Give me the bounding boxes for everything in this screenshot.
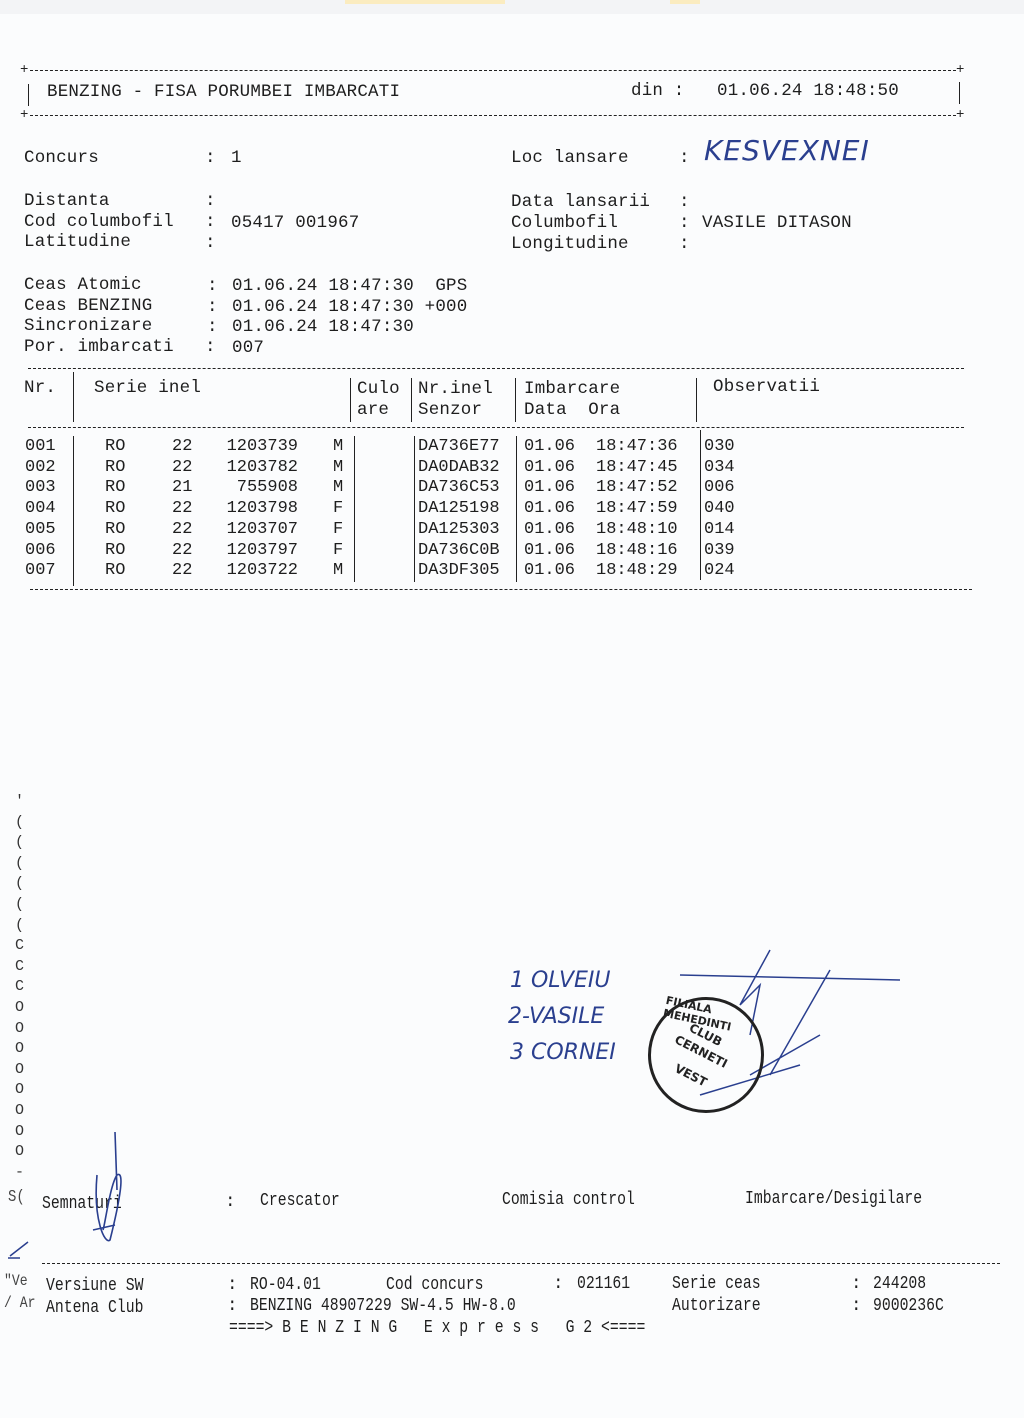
separator: : bbox=[205, 212, 216, 233]
stamp-line: VEST bbox=[672, 1061, 709, 1089]
margin-mark: ( bbox=[15, 875, 24, 892]
scan-top-edge bbox=[0, 0, 1024, 14]
margin-mark: ( bbox=[15, 855, 24, 872]
cell-serie: 1203707 bbox=[210, 520, 298, 541]
cod-columbofil-value: 05417 001967 bbox=[231, 213, 359, 234]
box-corner: + bbox=[20, 108, 28, 122]
separator: : bbox=[553, 1274, 564, 1295]
ceas-benzing-value: 01.06.24 18:47:30 +000 bbox=[232, 297, 467, 318]
margin-mark: C bbox=[15, 958, 24, 975]
margin-mark: ( bbox=[15, 834, 24, 851]
table-top-border bbox=[28, 368, 964, 369]
sincronizare-value: 01.06.24 18:47:30 bbox=[232, 317, 414, 338]
benzing-express-banner: ====> B E N Z I N G E x p r e s s G 2 <=… bbox=[229, 1318, 645, 1338]
distanta-label: Distanta bbox=[24, 191, 110, 212]
cell-nr: 006 bbox=[25, 541, 56, 562]
cell-nr: 002 bbox=[25, 458, 56, 479]
separator: : bbox=[227, 1296, 238, 1317]
handwritten-note: 2-VASILE bbox=[508, 1004, 604, 1029]
cell-tara: RO bbox=[105, 499, 125, 520]
cell-senzor: DA125303 bbox=[418, 520, 500, 541]
header-top-border bbox=[30, 70, 956, 71]
imbarcare-desigilare-label: Imbarcare/Desigilare bbox=[745, 1189, 922, 1209]
cell-observatii: 030 bbox=[704, 437, 735, 458]
cell-senzor: DA125198 bbox=[418, 499, 500, 520]
margin-mark: C bbox=[15, 978, 24, 995]
serie-ceas-label: Serie ceas bbox=[672, 1274, 761, 1294]
separator: : bbox=[227, 1275, 238, 1296]
ceas-atomic-label: Ceas Atomic bbox=[24, 275, 142, 296]
cell-ora: 18:48:16 bbox=[596, 541, 678, 562]
data-lansarii-label: Data lansarii bbox=[511, 192, 650, 213]
margin-mark: O bbox=[15, 1102, 24, 1119]
col-sep bbox=[354, 436, 355, 582]
cell-nr: 001 bbox=[25, 437, 56, 458]
margin-mark: O bbox=[15, 1081, 24, 1098]
columbofil-value: VASILE DITASON bbox=[702, 213, 852, 234]
cell-ora: 18:48:29 bbox=[596, 561, 678, 582]
box-corner: + bbox=[956, 63, 964, 77]
ceas-atomic-value: 01.06.24 18:47:30 GPS bbox=[232, 276, 467, 297]
header-nr-inel-1: Nr.inel bbox=[418, 379, 493, 400]
cell-sex: F bbox=[333, 499, 343, 520]
separator: : bbox=[851, 1274, 862, 1295]
cell-nr: 005 bbox=[25, 520, 56, 541]
cell-data: 01.06 bbox=[524, 541, 575, 562]
cell-an: 22 bbox=[172, 541, 192, 562]
col-sep bbox=[414, 436, 415, 582]
cell-sex: M bbox=[333, 437, 343, 458]
cell-tara: RO bbox=[105, 520, 125, 541]
cell-serie: 1203722 bbox=[210, 561, 298, 582]
cell-sex: F bbox=[333, 541, 343, 562]
separator: : bbox=[851, 1296, 862, 1317]
separator: : bbox=[225, 1192, 236, 1213]
col-sep bbox=[516, 436, 517, 582]
table-bottom-border bbox=[30, 589, 972, 590]
din-label: din : bbox=[631, 81, 685, 102]
cell-data: 01.06 bbox=[524, 458, 575, 479]
cell-sex: M bbox=[333, 458, 343, 479]
margin-mark: O bbox=[15, 1020, 24, 1037]
col-sep bbox=[73, 372, 74, 422]
separator: : bbox=[205, 191, 216, 212]
col-sep bbox=[696, 378, 697, 422]
crescator-label: Crescator bbox=[260, 1191, 340, 1211]
serie-ceas-value: 244208 bbox=[873, 1274, 926, 1294]
separator: : bbox=[205, 233, 216, 254]
por-imbarcati-value: 007 bbox=[232, 338, 264, 359]
margin-mark: ' bbox=[15, 793, 24, 810]
loc-lansare-handwritten: KESVEXNEI bbox=[704, 134, 870, 167]
cell-nr: 007 bbox=[25, 561, 56, 582]
versiune-sw-label: Versiune SW bbox=[46, 1276, 143, 1296]
antena-club-label: Antena Club bbox=[46, 1298, 143, 1318]
cell-data: 01.06 bbox=[524, 561, 575, 582]
separator: : bbox=[207, 276, 218, 297]
cell-observatii: 014 bbox=[704, 520, 735, 541]
cell-an: 22 bbox=[172, 437, 192, 458]
cell-observatii: 006 bbox=[704, 478, 735, 499]
header-nr-inel-2: Senzor bbox=[418, 400, 482, 421]
comisia-control-label: Comisia control bbox=[502, 1190, 635, 1210]
cell-sex: M bbox=[333, 478, 343, 499]
versiune-sw-value: RO-04.01 bbox=[250, 1275, 321, 1295]
cell-ora: 18:47:52 bbox=[596, 478, 678, 499]
antena-club-value: BENZING 48907229 SW-4.5 HW-8.0 bbox=[250, 1296, 516, 1316]
margin-mark: ( bbox=[15, 896, 24, 913]
margin-mark: ( bbox=[15, 917, 24, 934]
cell-tara: RO bbox=[105, 437, 125, 458]
col-sep bbox=[350, 378, 351, 422]
box-corner: + bbox=[956, 108, 964, 122]
margin-mark: O bbox=[15, 1040, 24, 1057]
box-corner: + bbox=[20, 63, 28, 77]
cell-an: 22 bbox=[172, 499, 192, 520]
columbofil-label: Columbofil bbox=[511, 213, 618, 234]
cell-observatii: 039 bbox=[704, 541, 735, 562]
cell-tara: RO bbox=[105, 541, 125, 562]
margin-mark: O bbox=[15, 999, 24, 1016]
cell-serie: 1203782 bbox=[210, 458, 298, 479]
cell-senzor: DA0DAB32 bbox=[418, 458, 500, 479]
cell-an: 22 bbox=[172, 561, 192, 582]
cell-serie: 1203797 bbox=[210, 541, 298, 562]
margin-mark: C bbox=[15, 937, 24, 954]
longitudine-label: Longitudine bbox=[511, 234, 629, 255]
header-right-border bbox=[959, 82, 960, 104]
margin-mark: O bbox=[15, 1143, 24, 1160]
cell-observatii: 034 bbox=[704, 458, 735, 479]
scan-artifact bbox=[345, 0, 505, 4]
print-datetime: 01.06.24 18:48:50 bbox=[717, 81, 899, 102]
separator: : bbox=[679, 234, 690, 255]
scan-artifact bbox=[670, 0, 700, 4]
cod-concurs-value: 021161 bbox=[577, 1274, 630, 1294]
cell-sex: F bbox=[333, 520, 343, 541]
table-header-border bbox=[28, 427, 964, 428]
cell-nr: 003 bbox=[25, 478, 56, 499]
margin-mark: O bbox=[15, 1123, 24, 1140]
autorizare-label: Autorizare bbox=[672, 1296, 761, 1316]
separator: : bbox=[679, 213, 690, 234]
concurs-label: Concurs bbox=[24, 148, 99, 169]
cell-nr: 004 bbox=[25, 499, 56, 520]
header-bottom-border bbox=[30, 115, 956, 116]
separator: : bbox=[205, 148, 216, 169]
separator: : bbox=[207, 317, 218, 338]
header-nr: Nr. bbox=[24, 378, 56, 399]
cell-sex: M bbox=[333, 561, 343, 582]
header-imbarcare-2: Data Ora bbox=[524, 400, 620, 421]
document-title: BENZING - FISA PORUMBEI IMBARCATI bbox=[47, 82, 400, 103]
cell-senzor: DA3DF305 bbox=[418, 561, 500, 582]
cell-ora: 18:47:45 bbox=[596, 458, 678, 479]
cell-data: 01.06 bbox=[524, 520, 575, 541]
separator: : bbox=[205, 337, 216, 358]
header-left-border bbox=[28, 84, 29, 106]
cell-an: 22 bbox=[172, 520, 192, 541]
cell-observatii: 024 bbox=[704, 561, 735, 582]
footer-left-cut: "Ve bbox=[4, 1272, 28, 1290]
col-sep bbox=[73, 436, 74, 586]
cell-senzor: DA736E77 bbox=[418, 437, 500, 458]
col-sep bbox=[411, 378, 412, 422]
separator: : bbox=[207, 297, 218, 318]
pen-mark-icon bbox=[6, 1238, 36, 1262]
footer-divider bbox=[42, 1263, 1000, 1264]
cell-ora: 18:48:10 bbox=[596, 520, 678, 541]
cell-ora: 18:47:36 bbox=[596, 437, 678, 458]
cell-ora: 18:47:59 bbox=[596, 499, 678, 520]
cell-tara: RO bbox=[105, 458, 125, 479]
ceas-benzing-label: Ceas BENZING bbox=[24, 296, 152, 317]
cell-an: 21 bbox=[172, 478, 192, 499]
cell-serie: 755908 bbox=[210, 478, 298, 499]
cell-senzor: DA736C53 bbox=[418, 478, 500, 499]
concurs-value: 1 bbox=[231, 148, 242, 169]
cell-senzor: DA736C0B bbox=[418, 541, 500, 562]
margin-mark: ( bbox=[15, 814, 24, 831]
cell-data: 01.06 bbox=[524, 499, 575, 520]
cell-tara: RO bbox=[105, 478, 125, 499]
cod-columbofil-label: Cod columbofil bbox=[24, 212, 174, 233]
margin-mark: - bbox=[15, 1164, 24, 1181]
header-imbarcare-1: Imbarcare bbox=[524, 379, 620, 400]
autorizare-value: 9000236C bbox=[873, 1296, 944, 1316]
separator: : bbox=[679, 148, 690, 169]
header-serie-inel: Serie inel bbox=[94, 378, 201, 399]
handwritten-signature-icon bbox=[85, 1130, 145, 1250]
cod-concurs-label: Cod concurs bbox=[386, 1275, 483, 1295]
header-observatii: Observatii bbox=[713, 377, 820, 398]
separator: : bbox=[679, 192, 690, 213]
sincronizare-label: Sincronizare bbox=[24, 316, 152, 337]
por-imbarcati-label: Por. imbarcati bbox=[24, 337, 174, 358]
loc-lansare-label: Loc lansare bbox=[511, 148, 629, 169]
header-culoare-1: Culo bbox=[357, 379, 400, 400]
latitudine-label: Latitudine bbox=[24, 232, 131, 253]
handwritten-note: 1 OLVEIU bbox=[510, 968, 611, 993]
margin-mark: O bbox=[15, 1061, 24, 1078]
footer-left-cut: / Ar bbox=[4, 1294, 35, 1312]
cell-data: 01.06 bbox=[524, 478, 575, 499]
header-culoare-2: are bbox=[357, 400, 389, 421]
cell-tara: RO bbox=[105, 561, 125, 582]
cell-observatii: 040 bbox=[704, 499, 735, 520]
cell-data: 01.06 bbox=[524, 437, 575, 458]
signature-left-cut: S( bbox=[8, 1188, 25, 1207]
col-sep bbox=[515, 378, 516, 422]
cell-serie: 1203739 bbox=[210, 437, 298, 458]
cell-serie: 1203798 bbox=[210, 499, 298, 520]
col-sep bbox=[700, 430, 701, 580]
cell-an: 22 bbox=[172, 458, 192, 479]
